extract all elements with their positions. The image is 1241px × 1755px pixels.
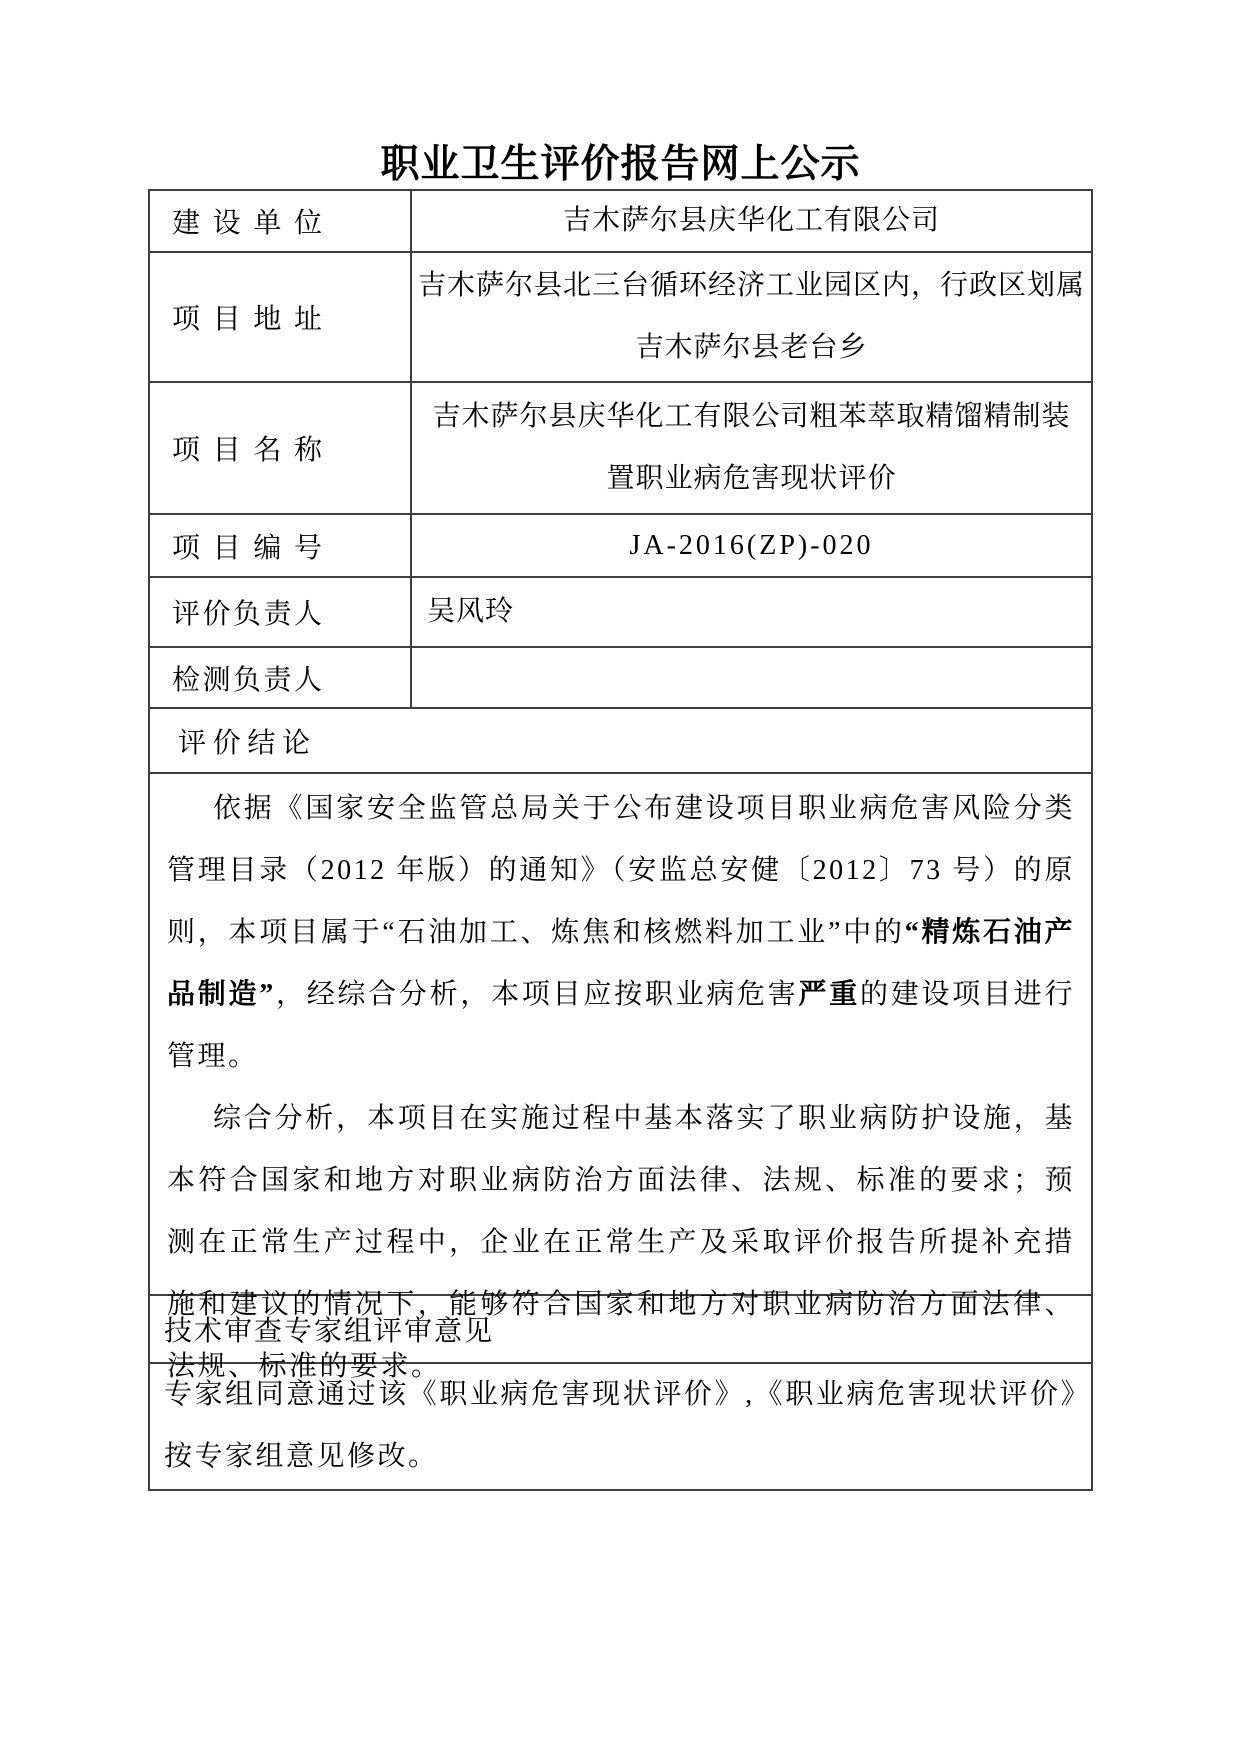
label-cell-project-name: 项目名称	[150, 383, 412, 513]
label-cell-evaluation-leader: 评价负责人	[150, 578, 412, 646]
row-value-line: 吉木萨尔县庆华化工有限公司粗苯萃取精馏精制装	[412, 386, 1091, 448]
table-row-project-number: 项目编号 JA-2016(ZP)-020	[150, 515, 1091, 578]
table-row-conclusion-header: 评价结论	[150, 709, 1091, 774]
label-cell-project-address: 项目地址	[150, 253, 412, 381]
table-row-project-name: 项目名称 吉木萨尔县庆华化工有限公司粗苯萃取精馏精制装 置职业病危害现状评价	[150, 383, 1091, 515]
conclusion-header-cell: 评价结论	[150, 709, 1091, 772]
label-cell-project-number: 项目编号	[150, 515, 412, 576]
row-label: 项目名称	[172, 428, 322, 468]
expert-review-text: 专家组同意通过该《职业病危害现状评价》,《职业病危害现状评价》按专家组意见修改。	[150, 1364, 1091, 1489]
table-row-construction-unit: 建设单位 吉木萨尔县庆华化工有限公司	[150, 191, 1091, 253]
paragraph-text: ，经综合分析，本项目应按职业病危害	[276, 979, 799, 1010]
table-row-testing-leader: 检测负责人	[150, 648, 1091, 709]
table-row-conclusion-body: 依据《国家安全监管总局关于公布建设项目职业病危害风险分类管理目录（2012 年版…	[150, 774, 1091, 1296]
bold-severity: 严重	[799, 979, 860, 1010]
value-cell-testing-leader	[412, 648, 1091, 707]
conclusion-body-cell: 依据《国家安全监管总局关于公布建设项目职业病危害风险分类管理目录（2012 年版…	[150, 774, 1091, 1294]
table-row-expert-review-header: 技术审查专家组评审意见	[150, 1296, 1091, 1364]
value-cell-project-number: JA-2016(ZP)-020	[412, 515, 1091, 576]
row-value-line: 吉木萨尔县北三台循环经济工业园区内，行政区划属	[412, 255, 1091, 317]
conclusion-label: 评价结论	[178, 721, 310, 761]
publicity-table: 建设单位 吉木萨尔县庆华化工有限公司 项目地址 吉木萨尔县北三台循环经济工业园区…	[148, 189, 1093, 1491]
row-value: 吉木萨尔县庆华化工有限公司	[412, 190, 1091, 252]
row-label: 检测负责人	[172, 658, 322, 698]
value-cell-project-address: 吉木萨尔县北三台循环经济工业园区内，行政区划属 吉木萨尔县老台乡	[412, 253, 1091, 381]
table-row-expert-review-body: 专家组同意通过该《职业病危害现状评价》,《职业病危害现状评价》按专家组意见修改。	[150, 1364, 1091, 1489]
row-label: 项目地址	[172, 297, 322, 337]
row-label: 建设单位	[172, 201, 322, 241]
expert-review-header-cell: 技术审查专家组评审意见	[150, 1296, 1091, 1362]
row-value-line: 吉木萨尔县老台乡	[412, 317, 1091, 379]
document-page: 职业卫生评价报告网上公示 建设单位 吉木萨尔县庆华化工有限公司 项目地址 吉木萨…	[0, 0, 1241, 1755]
evaluation-leader-value: 吴风玲	[427, 581, 1091, 643]
value-cell-construction-unit: 吉木萨尔县庆华化工有限公司	[412, 191, 1091, 251]
value-cell-project-name: 吉木萨尔县庆华化工有限公司粗苯萃取精馏精制装 置职业病危害现状评价	[412, 383, 1091, 513]
page-title: 职业卫生评价报告网上公示	[148, 133, 1093, 189]
row-value-line: 置职业病危害现状评价	[412, 448, 1091, 510]
table-row-evaluation-leader: 评价负责人 吴风玲	[150, 578, 1091, 648]
conclusion-paragraph-1: 依据《国家安全监管总局关于公布建设项目职业病危害风险分类管理目录（2012 年版…	[167, 778, 1075, 1088]
label-cell-construction-unit: 建设单位	[150, 191, 412, 251]
label-cell-testing-leader: 检测负责人	[150, 648, 412, 707]
table-row-project-address: 项目地址 吉木萨尔县北三台循环经济工业园区内，行政区划属 吉木萨尔县老台乡	[150, 253, 1091, 383]
value-cell-evaluation-leader: 吴风玲	[412, 578, 1091, 646]
project-number-value: JA-2016(ZP)-020	[412, 515, 1091, 577]
row-label: 项目编号	[172, 526, 322, 566]
row-label: 评价负责人	[172, 592, 322, 632]
